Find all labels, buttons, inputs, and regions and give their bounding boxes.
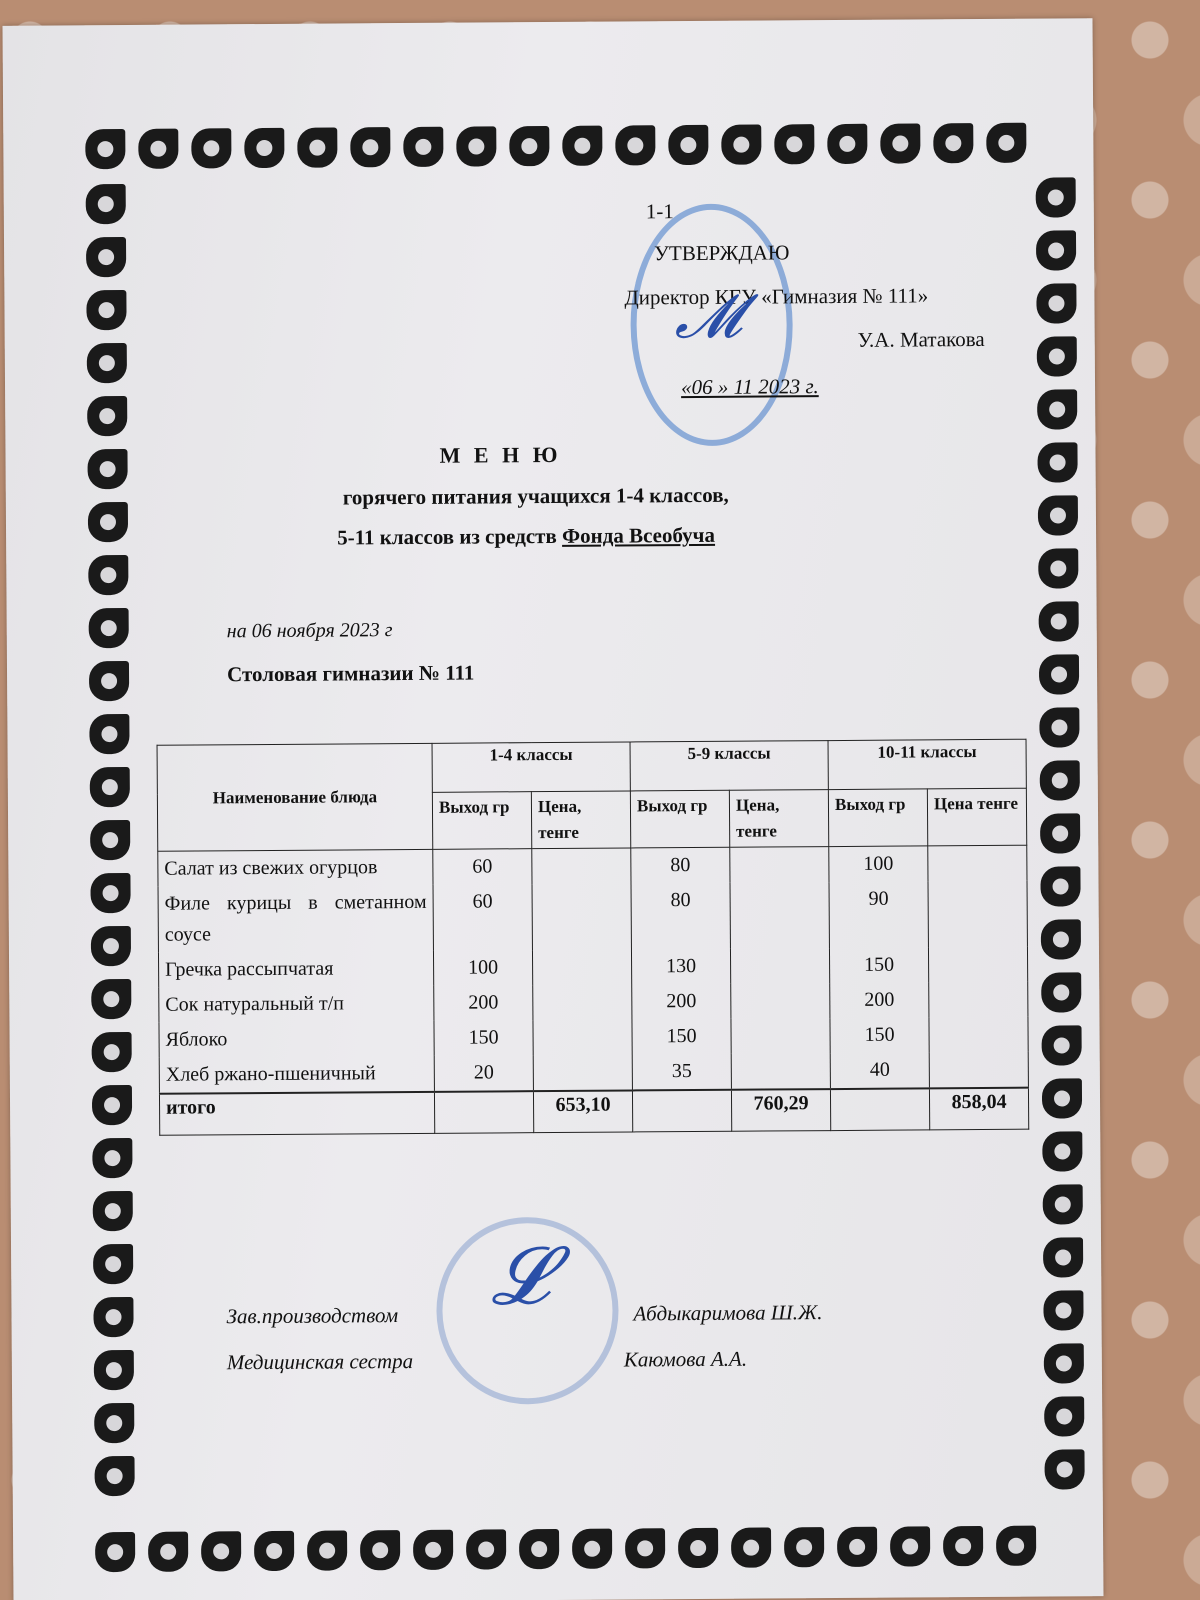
price-value	[929, 1052, 1028, 1089]
ornament-icon	[1032, 279, 1082, 329]
page-title: М Е Н Ю	[5, 439, 995, 472]
ornament-icon	[240, 124, 290, 174]
ornament-icon	[293, 123, 343, 173]
ornament-icon	[515, 1525, 565, 1575]
director-position: Директор КГУ «Гимназия № 111»	[624, 283, 928, 310]
yield-value: 60	[433, 884, 532, 951]
ornament-icon	[780, 1523, 830, 1573]
ornament-icon	[1035, 597, 1085, 647]
yield-value: 80	[631, 883, 730, 950]
price-header: Цена, тенге	[729, 790, 828, 848]
table-row: Салат из свежих огурцов6080100	[158, 845, 1027, 887]
ornament-icon	[91, 1528, 141, 1578]
ornament-icon	[558, 122, 608, 172]
ornament-icon	[197, 1527, 247, 1577]
ornament-icon	[346, 123, 396, 173]
ornament-icon	[770, 120, 820, 170]
signature-role: Зав.производством	[226, 1303, 398, 1329]
ornament-icon	[1033, 332, 1083, 382]
ornament-icon	[87, 975, 137, 1025]
ornament-icon	[1040, 1445, 1090, 1495]
ornament-icon	[611, 121, 661, 171]
total-value: 760,29	[731, 1089, 830, 1131]
dish-name: Филе курицы в сметанном соусе	[158, 885, 433, 953]
ornament-icon	[83, 339, 133, 389]
ornament-icon	[1035, 703, 1085, 753]
yield-value: 80	[631, 847, 730, 883]
price-value	[730, 948, 829, 984]
price-header: Цена, тенге	[531, 791, 630, 849]
ornament-icon	[86, 763, 136, 813]
ornament-icon	[85, 657, 135, 707]
ornament-icon	[982, 119, 1032, 169]
yield-value: 150	[434, 1020, 533, 1056]
price-value	[928, 845, 1027, 881]
ornament-icon	[1035, 650, 1085, 700]
subtitle-prefix: 5-11 классов из средств	[337, 524, 562, 550]
ornament-icon	[1038, 1127, 1088, 1177]
ornament-icon	[1038, 1074, 1088, 1124]
price-value	[929, 982, 1028, 1018]
ornament-border-top	[81, 119, 1035, 179]
ornament-icon	[568, 1525, 618, 1575]
price-value	[731, 1018, 830, 1054]
ornament-icon	[727, 1523, 777, 1573]
ornament-icon	[134, 125, 184, 175]
ornament-icon	[1033, 438, 1083, 488]
total-label: итого	[159, 1092, 434, 1135]
price-value	[730, 847, 829, 883]
ornament-icon	[303, 1526, 353, 1576]
ornament-icon	[1036, 862, 1086, 912]
total-value: 653,10	[533, 1090, 632, 1132]
signature-role: Медицинская сестра	[227, 1349, 413, 1375]
yield-value: 130	[631, 949, 730, 985]
ornament-icon	[399, 123, 449, 173]
ornament-icon	[187, 124, 237, 174]
price-header: Цена тенге	[927, 788, 1026, 846]
ornament-icon	[621, 1524, 671, 1574]
yield-value: 40	[830, 1052, 929, 1089]
ornament-icon	[1037, 968, 1087, 1018]
price-value	[928, 947, 1027, 983]
ornament-icon	[356, 1526, 406, 1576]
ornament-icon	[1032, 173, 1082, 223]
ornament-icon	[409, 1526, 459, 1576]
yield-header: Выход гр	[432, 792, 531, 850]
ornament-icon	[90, 1346, 140, 1396]
ornament-icon	[1034, 544, 1084, 594]
ornament-icon	[86, 869, 136, 919]
production-signature: 𝓛	[491, 1232, 550, 1323]
price-value	[532, 883, 631, 950]
ornament-icon	[664, 121, 714, 171]
ornament-icon	[85, 604, 135, 654]
group-header: 10-11 классы	[828, 739, 1026, 789]
yield-value: 35	[632, 1054, 731, 1091]
doc-number: 1-1	[646, 199, 674, 224]
dish-name: Салат из свежих огурцов	[158, 849, 433, 886]
ornament-icon	[886, 1522, 936, 1572]
menu-date: на 06 ноября 2023 г	[227, 619, 393, 643]
dish-name: Сок натуральный т/п	[159, 986, 434, 1023]
ornament-icon	[1039, 1286, 1089, 1336]
yield-value: 150	[830, 1017, 929, 1053]
ornament-icon	[88, 1081, 138, 1131]
ornament-icon	[88, 1028, 138, 1078]
dish-name: Гречка рассыпчатая	[158, 951, 433, 988]
ornament-border-bottom	[91, 1522, 1045, 1582]
ornament-icon	[81, 125, 131, 175]
yield-value: 20	[434, 1055, 533, 1092]
price-value	[730, 882, 829, 949]
ornament-icon	[1036, 809, 1086, 859]
signature-name: Абдыкаримова Ш.Ж.	[633, 1300, 822, 1326]
ornament-border-right	[1032, 173, 1094, 1498]
yield-value: 200	[632, 984, 731, 1020]
yield-value: 150	[632, 1019, 731, 1055]
price-value	[929, 1017, 1028, 1053]
dish-name-header: Наименование блюда	[157, 743, 433, 851]
ornament-icon	[462, 1525, 512, 1575]
ornament-icon	[86, 816, 136, 866]
director-signature: 𝓜	[674, 283, 742, 352]
ornament-icon	[89, 1187, 139, 1237]
table-row: Филе курицы в сметанном соусе608090	[158, 881, 1027, 953]
yield-header: Выход гр	[630, 790, 729, 848]
subtitle-line2: 5-11 классов из средств Фонда Всеобуча	[156, 522, 896, 552]
yield-value: 200	[434, 985, 533, 1021]
price-value	[533, 1054, 632, 1091]
ornament-icon	[84, 551, 134, 601]
ornament-icon	[83, 392, 133, 442]
approval-date: «06 » 11 2023 г.	[681, 374, 819, 400]
ornament-icon	[1032, 226, 1082, 276]
ornament-icon	[89, 1240, 139, 1290]
dish-name: Яблоко	[159, 1021, 434, 1058]
ornament-icon	[84, 498, 134, 548]
dish-name: Хлеб ржано-пшеничный	[159, 1056, 434, 1094]
canteen-name: Столовая гимназии № 111	[227, 661, 474, 688]
ornament-icon	[1037, 1021, 1087, 1071]
ornament-icon	[88, 1134, 138, 1184]
ornament-icon	[876, 119, 926, 169]
total-row: итого 653,10 760,29 858,04	[159, 1088, 1028, 1136]
menu-document: 1-1 УТВЕРЖДАЮ Директор КГУ «Гимназия № 1…	[3, 18, 1104, 1600]
ornament-icon	[929, 119, 979, 169]
group-header: 5-9 классы	[630, 741, 828, 791]
yield-value: 200	[830, 982, 929, 1018]
ornament-icon	[82, 180, 132, 230]
ornament-icon	[1040, 1392, 1090, 1442]
ornament-icon	[1036, 756, 1086, 806]
price-value	[533, 1019, 632, 1055]
ornament-icon	[250, 1527, 300, 1577]
price-value	[532, 848, 631, 884]
ornament-icon	[1033, 385, 1083, 435]
price-value	[928, 881, 1027, 948]
ornament-icon	[1034, 491, 1084, 541]
ornament-icon	[505, 122, 555, 172]
ornament-icon	[82, 286, 132, 336]
group-header: 1-4 классы	[432, 742, 630, 792]
yield-value: 100	[829, 846, 928, 882]
ornament-icon	[717, 120, 767, 170]
price-value	[533, 984, 632, 1020]
ornament-icon	[1037, 915, 1087, 965]
price-value	[532, 949, 631, 985]
yield-value: 90	[829, 881, 928, 948]
table-row: Хлеб ржано-пшеничный203540	[159, 1052, 1028, 1094]
approve-label: УТВЕРЖДАЮ	[654, 240, 790, 266]
ornament-icon	[89, 1293, 139, 1343]
ornament-icon	[992, 1522, 1042, 1572]
price-value	[731, 1053, 830, 1090]
ornament-icon	[833, 1523, 883, 1573]
ornament-icon	[85, 710, 135, 760]
yield-value: 150	[829, 947, 928, 983]
price-value	[731, 983, 830, 1019]
ornament-icon	[87, 922, 137, 972]
signature-name: Каюмова А.А.	[624, 1347, 747, 1373]
ornament-icon	[1039, 1180, 1089, 1230]
ornament-icon	[1039, 1233, 1089, 1283]
fund-name: Фонда Всеобуча	[562, 523, 715, 548]
ornament-icon	[144, 1528, 194, 1578]
ornament-icon	[90, 1399, 140, 1449]
ornament-border-left	[82, 180, 144, 1505]
ornament-icon	[674, 1524, 724, 1574]
yield-value: 100	[433, 950, 532, 986]
menu-table: Наименование блюда 1-4 классы 5-9 классы…	[157, 739, 1030, 1136]
yield-value: 60	[433, 849, 532, 885]
total-value: 858,04	[929, 1088, 1028, 1130]
ornament-icon	[90, 1452, 140, 1502]
ornament-icon	[939, 1522, 989, 1572]
ornament-icon	[1040, 1339, 1090, 1389]
yield-header: Выход гр	[828, 789, 927, 847]
ornament-icon	[823, 120, 873, 170]
subtitle-line1: горячего питания учащихся 1-4 классов,	[166, 482, 906, 512]
ornament-icon	[82, 233, 132, 283]
ornament-icon	[452, 122, 502, 172]
